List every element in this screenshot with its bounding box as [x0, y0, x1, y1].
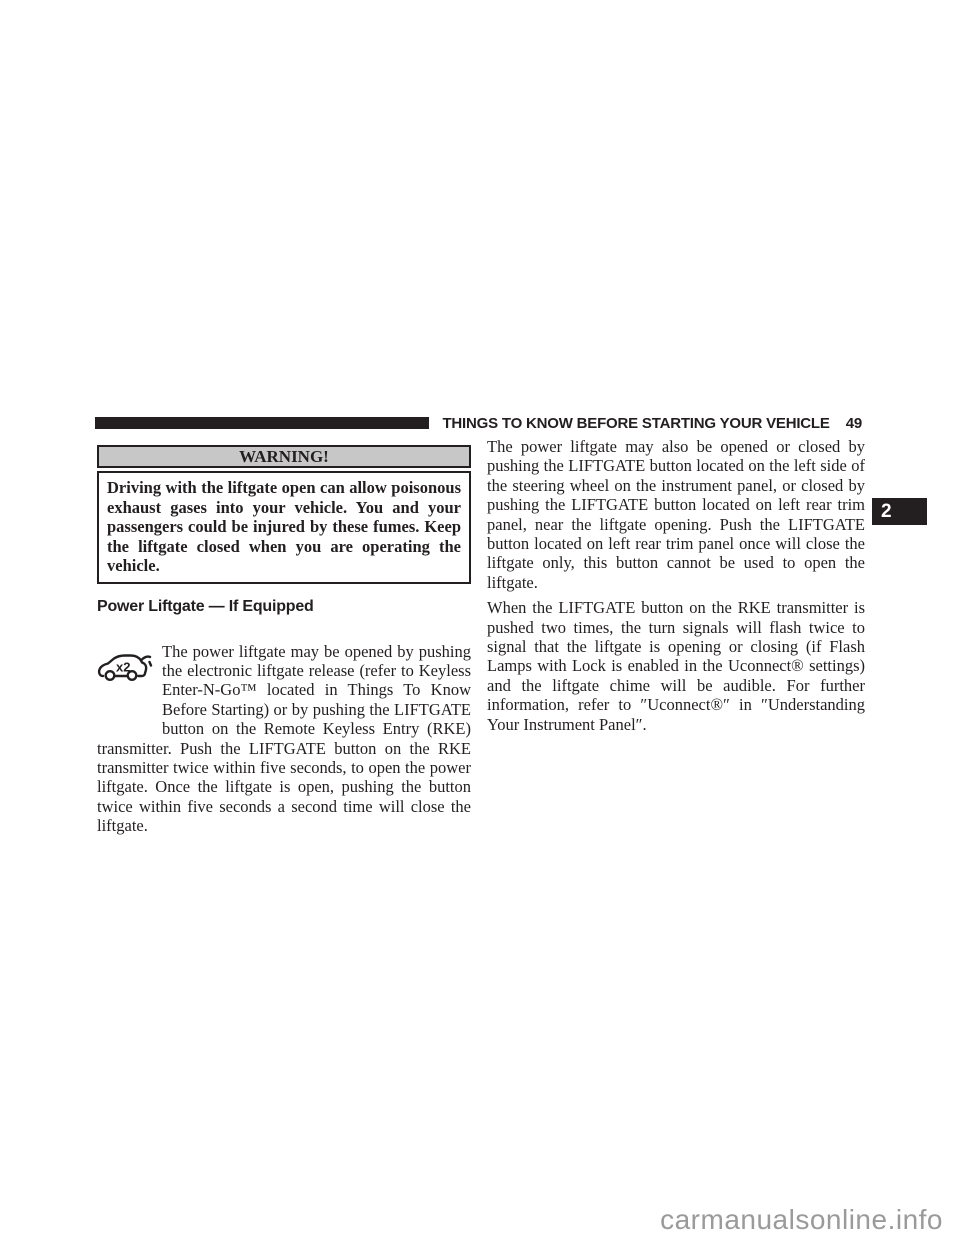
liftgate-x2-icon: x2 — [97, 642, 162, 720]
manual-page: THINGS TO KNOW BEFORE STARTING YOUR VEHI… — [0, 0, 960, 1242]
warning-body: Driving with the liftgate open can allow… — [97, 471, 471, 584]
chapter-tab: 2 — [872, 498, 927, 525]
running-header: THINGS TO KNOW BEFORE STARTING YOUR VEHI… — [95, 412, 862, 434]
right-column: The power liftgate may also be opened or… — [487, 437, 865, 734]
icon-x2-label: x2 — [116, 659, 130, 674]
left-column: WARNING! Driving with the liftgate open … — [97, 445, 471, 836]
header-title: THINGS TO KNOW BEFORE STARTING YOUR VEHI… — [442, 415, 829, 432]
section-paragraph: x2 The power liftgate may be opened by p… — [97, 642, 471, 836]
header-page-number: 49 — [846, 415, 862, 432]
header-rule — [95, 417, 429, 429]
warning-title: WARNING! — [97, 445, 471, 468]
warning-box: WARNING! Driving with the liftgate open … — [97, 445, 471, 584]
watermark: carmanualsonline.info — [660, 1204, 943, 1236]
section-heading: Power Liftgate — If Equipped — [97, 597, 471, 616]
body-paragraph: When the LIFTGATE button on the RKE tran… — [487, 598, 865, 734]
body-paragraph: The power liftgate may also be opened or… — [487, 437, 865, 592]
